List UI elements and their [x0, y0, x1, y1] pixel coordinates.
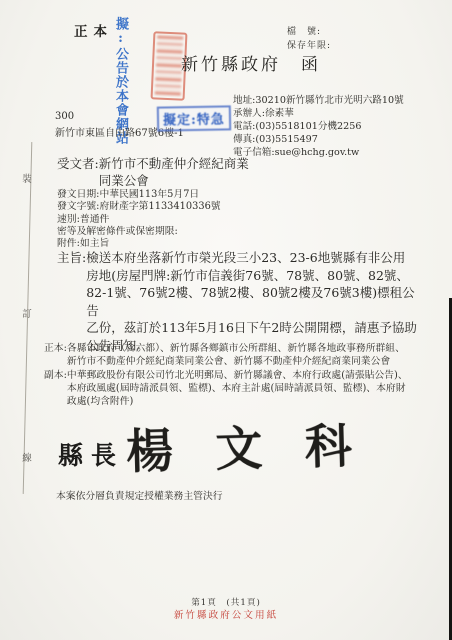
- original-line: 新竹市不動產仲介經紀商業同業公會、新竹縣不動產仲介經紀商業同業公會: [67, 355, 405, 368]
- distribution-block: 正本: 各縣市政府（含六都）、新竹縣各鄉鎮市公所群組、新竹縣各地政事務所群組、 …: [44, 342, 444, 408]
- file-number-label: 檔 號:: [287, 25, 331, 39]
- recipient-name: 新竹市不動產仲介經紀商業 同業公會: [99, 155, 249, 189]
- official-paper-name: 新竹縣政府公文用紙: [0, 607, 452, 621]
- sender-address: 地址:30210新竹縣竹北市光明六路10號: [233, 94, 404, 107]
- sender-fax: 傳真:(03)5515497: [233, 133, 404, 146]
- original-label: 正本:: [44, 342, 67, 369]
- binding-mark-zhuang: 裝: [20, 171, 34, 185]
- subject-line: 82-1號、76號2樓、78號2樓、80號2樓及76號3樓)標租公告: [86, 284, 427, 319]
- recipient-label: 受文者:: [57, 155, 99, 189]
- copy-label: 副本:: [44, 369, 67, 409]
- recipient-zip: 300: [55, 111, 74, 122]
- sender-contact-person: 承辦人:徐素華: [233, 107, 404, 120]
- original-recipients: 正本: 各縣市政府（含六都）、新竹縣各鄉鎮市公所群組、新竹縣各地政事務所群組、 …: [44, 342, 444, 369]
- sender-email: 電子信箱:sue@hchg.gov.tw: [233, 146, 404, 159]
- delegation-note: 本案依分層負責規定授權業務主管決行: [56, 488, 223, 502]
- handwritten-blue-annotation: 擬:公告於本會網站: [112, 17, 129, 163]
- signer-title: 縣長: [58, 436, 124, 472]
- recipient-name-line2: 同業公會: [99, 172, 249, 189]
- original-line: 各縣市政府（含六都）、新竹縣各鄉鎮市公所群組、新竹縣各地政事務所群組、: [67, 342, 405, 355]
- subject-line: 房地(房屋門牌:新竹市信義街76號、78號、80號、82號、: [86, 267, 427, 285]
- document-meta-block: 發文日期:中華民國113年5月7日 發文字號:府財產字第1133410336號 …: [57, 189, 221, 250]
- subject-block: 主旨: 檢送本府坐落新竹市榮光段三小23、23-6地號縣有非公用 房地(房屋門牌…: [57, 249, 427, 355]
- retention-label: 保存年限:: [287, 39, 331, 53]
- recipient-block: 受文者: 新竹市不動產仲介經紀商業 同業公會: [57, 155, 249, 189]
- copy-line: 中華郵政股份有限公司竹北光明郵局、新竹縣議會、本府行政處(請張貼公告)、: [67, 369, 408, 382]
- copy-line: 政處(均含附件): [67, 395, 408, 408]
- binding-mark-xian: 線: [20, 450, 34, 464]
- binding-mark-ding: 訂: [20, 306, 34, 320]
- subject-label: 主旨:: [57, 249, 86, 355]
- signer-name-calligraphy: 楊 文 科: [125, 409, 365, 482]
- red-seal-ink: [155, 35, 184, 96]
- sender-contact-block: 地址:30210新竹縣竹北市光明六路10號 承辦人:徐素華 電話:(03)551…: [233, 94, 404, 159]
- issue-date: 發文日期:中華民國113年5月7日: [57, 189, 221, 201]
- subject-body: 檢送本府坐落新竹市榮光段三小23、23-6地號縣有非公用 房地(房屋門牌:新竹市…: [86, 249, 427, 355]
- file-number-block: 檔 號: 保存年限:: [287, 25, 331, 53]
- sender-phone: 電話:(03)5518101分機2256: [233, 120, 404, 133]
- copy-line: 本府政風處(屆時請派員領、監標)、本府主計處(屆時請派員領、監標)、本府財: [67, 382, 408, 395]
- subject-line: 乙份，茲訂於113年5月16日下午2時公開開標，請惠予協助: [86, 319, 427, 337]
- blue-approval-stamp: 擬定:特急: [157, 105, 231, 131]
- copy-type-label: 正本: [74, 20, 113, 40]
- copy-list: 中華郵政股份有限公司竹北光明郵局、新竹縣議會、本府行政處(請張貼公告)、 本府政…: [67, 369, 408, 409]
- copy-recipients: 副本: 中華郵政股份有限公司竹北光明郵局、新竹縣議會、本府行政處(請張貼公告)、…: [44, 369, 444, 409]
- original-list: 各縣市政府（含六都）、新竹縣各鄉鎮市公所群組、新竹縣各地政事務所群組、 新竹市不…: [67, 342, 405, 369]
- document-number: 發文字號:府財產字第1133410336號: [57, 201, 221, 213]
- scanned-official-letter: 裝 訂 線 正本 擬:公告於本會網站 新竹縣政府 函 檔 號: 保存年限: 地址…: [0, 0, 452, 640]
- document-title: 新竹縣政府 函: [181, 50, 321, 75]
- recipient-name-line1: 新竹市不動產仲介經紀商業: [99, 155, 249, 172]
- subject-line: 檢送本府坐落新竹市榮光段三小23、23-6地號縣有非公用: [86, 249, 427, 267]
- security-class: 密等及解密條件或保密期限:: [57, 226, 221, 238]
- speed-class: 速別:普通件: [57, 214, 221, 226]
